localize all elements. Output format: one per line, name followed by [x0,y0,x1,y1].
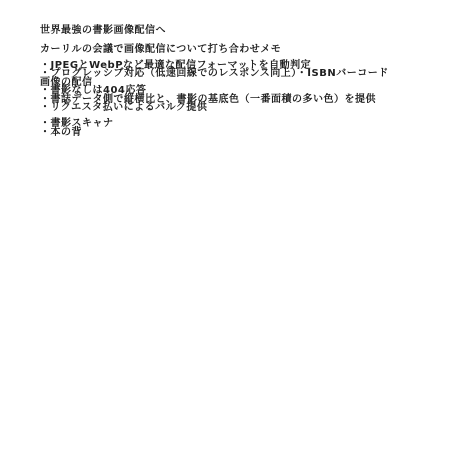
memo-content: 世界最強の書影画像配信へ カーリルの会議で画像配信について打ち合わせメモ ・JP… [0,0,452,137]
memo-line-spine: ・本の背 [40,129,422,137]
memo-subtitle: カーリルの会議で画像配信について打ち合わせメモ [40,45,422,55]
page-title: 世界最強の書影画像配信へ [40,26,422,36]
memo-page: 世界最強の書影画像配信へ カーリルの会議で画像配信について打ち合わせメモ ・JP… [0,0,452,452]
notes-block-1: ・JPEGとWebPなど最適な配信フォーマットを自動判定 ・プログレッシブ対応（… [40,62,422,112]
memo-line-scanner: ・書影スキャナ [40,120,422,128]
notes-block-2: ・書影スキャナ ・本の背 [40,120,422,137]
memo-line-bulk: ・リクエスタ払いによるバルク提供 [40,104,422,112]
memo-line-progressive: ・プログレッシブ対応（低速回線でのレスポンス向上）・ISBNバーコード [40,70,422,78]
